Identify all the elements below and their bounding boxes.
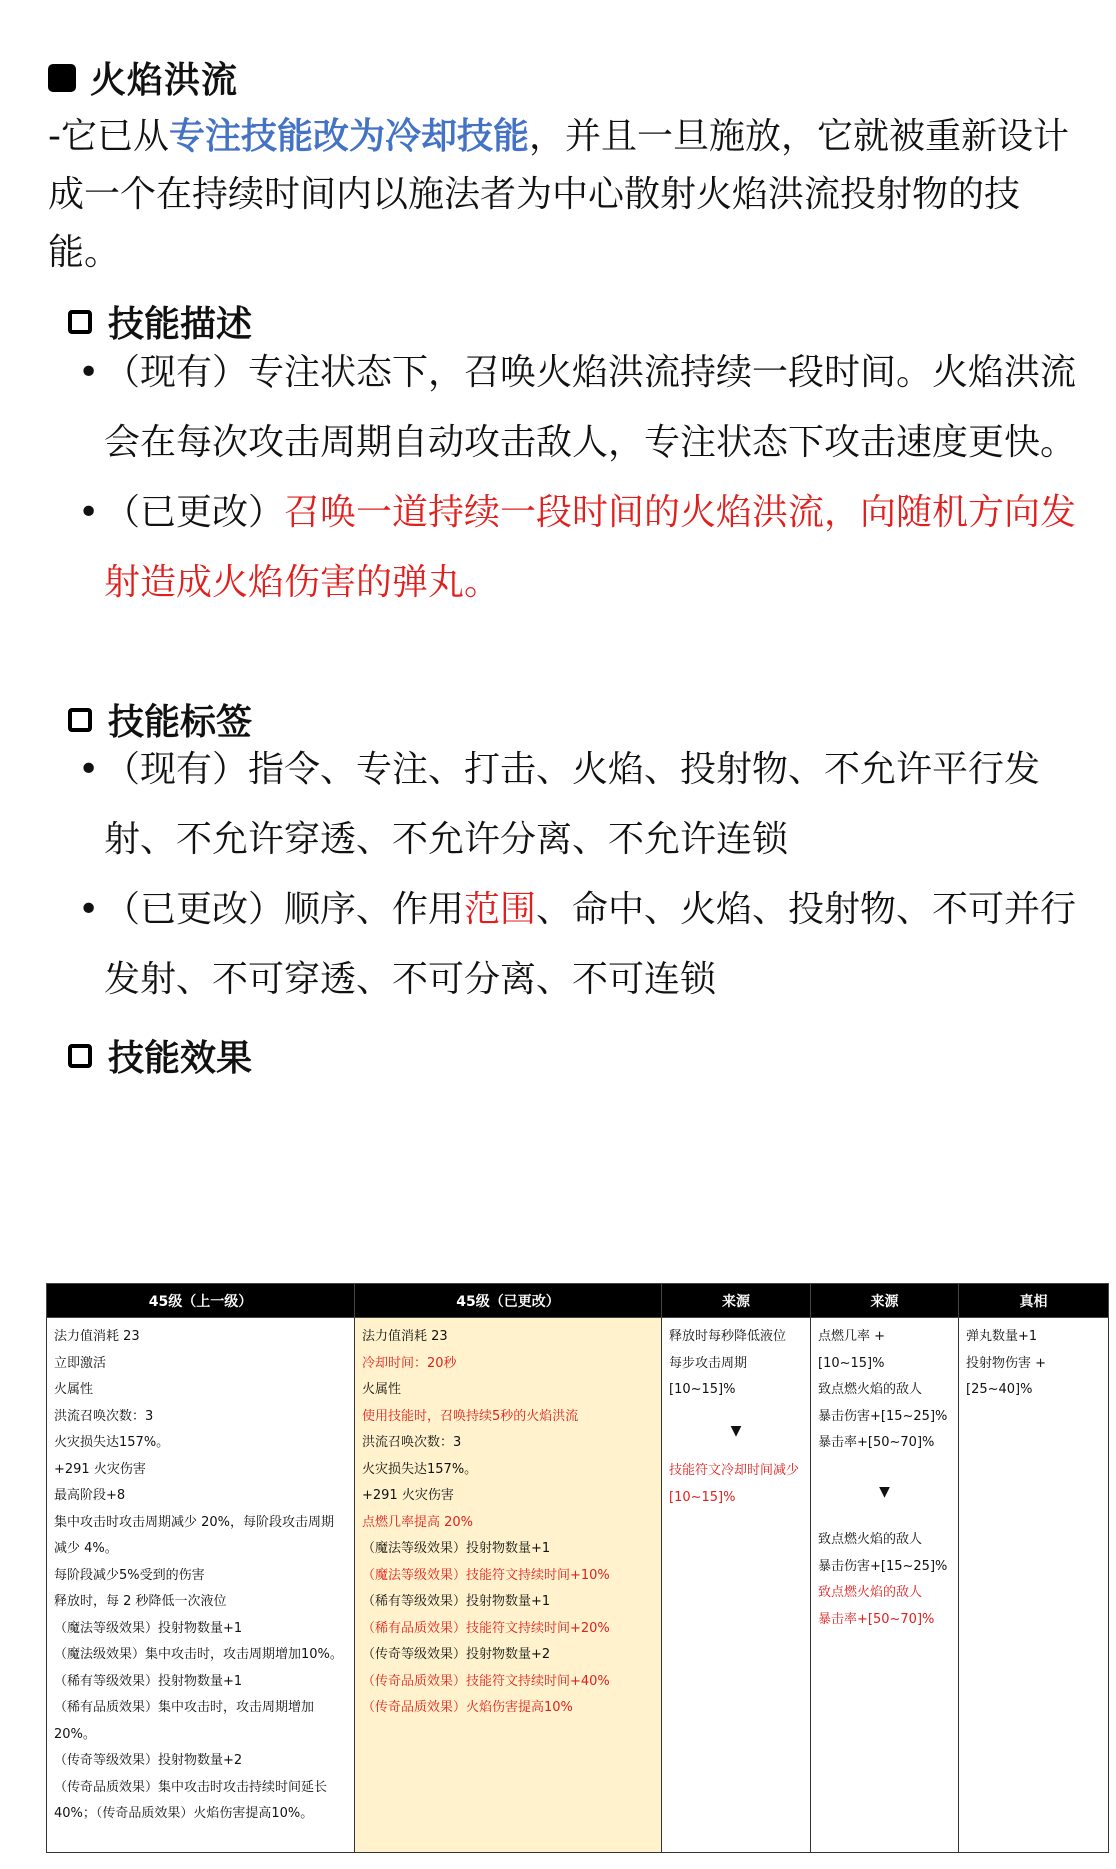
table-header-row: 45级（上一级） 45级（已更改） 来源 来源 真相 [47,1284,1109,1318]
intro-highlight: 专注技能改为冷却技能 [169,116,529,157]
cell-truth: 弹丸数量+1 投射物伤害 + [25~40]% [959,1318,1109,1853]
outlined-square-icon [68,310,92,334]
cell-previous-level: 法力值消耗 23 立即激活 火属性 洪流召唤次数：3 火灾损失达157%。 +2… [47,1318,355,1853]
outlined-square-icon [68,708,92,732]
cell-source-2: 点燃几率 +[10~15]% 致点燃火焰的敌人 暴击伤害+[15~25]% 暴击… [811,1318,959,1853]
list-item: • （已更改）召唤一道持续一段时间的火焰洪流，向随机方向发射造成火焰伤害的弹丸。 [78,478,1088,618]
table-row: 法力值消耗 23 立即激活 火属性 洪流召唤次数：3 火灾损失达157%。 +2… [47,1318,1109,1853]
filled-square-icon [48,64,76,92]
intro-prefix: -它已从 [48,116,169,157]
bullet-icon: • [78,478,96,548]
intro-paragraph: -它已从专注技能改为冷却技能，并且一旦施放，它就被重新设计成一个在持续时间内以施… [48,108,1088,282]
list-item: • （现有）指令、专注、打击、火焰、投射物、不允许平行发射、不允许穿透、不允许分… [78,735,1088,875]
title-text: 火焰洪流 [90,52,238,103]
down-triangle-icon: ▼ [669,1418,803,1445]
description-list: • （现有）专注状态下，召唤火焰洪流持续一段时间。火焰洪流会在每次攻击周期自动攻… [78,338,1088,618]
list-item: • （已更改）顺序、作用范围、命中、火焰、投射物、不可并行发射、不可穿透、不可分… [78,875,1088,1015]
tags-list: • （现有）指令、专注、打击、火焰、投射物、不允许平行发射、不允许穿透、不允许分… [78,735,1088,1015]
page-title: 火焰洪流 [48,52,238,103]
column-header: 真相 [959,1284,1109,1318]
cell-source-1: 释放时每秒降低液位 每步攻击周期 [10~15]% ▼ 技能符文冷却时间减少[1… [662,1318,811,1853]
column-header: 来源 [662,1284,811,1318]
down-triangle-icon: ▼ [818,1479,951,1506]
cell-changed-level: 法力值消耗 23 冷却时间：20秒 火属性 使用技能时，召唤持续5秒的火焰洪流 … [355,1318,662,1853]
column-header: 45级（上一级） [47,1284,355,1318]
bullet-icon: • [78,735,96,805]
effects-table: 45级（上一级） 45级（已更改） 来源 来源 真相 法力值消耗 23 立即激活… [46,1283,1109,1853]
bullet-icon: • [78,875,96,945]
outlined-square-icon [68,1044,92,1068]
bullet-icon: • [78,338,96,408]
section-heading-effects: 技能效果 [68,1030,252,1081]
list-item: • （现有）专注状态下，召唤火焰洪流持续一段时间。火焰洪流会在每次攻击周期自动攻… [78,338,1088,478]
column-header: 45级（已更改） [355,1284,662,1318]
column-header: 来源 [811,1284,959,1318]
